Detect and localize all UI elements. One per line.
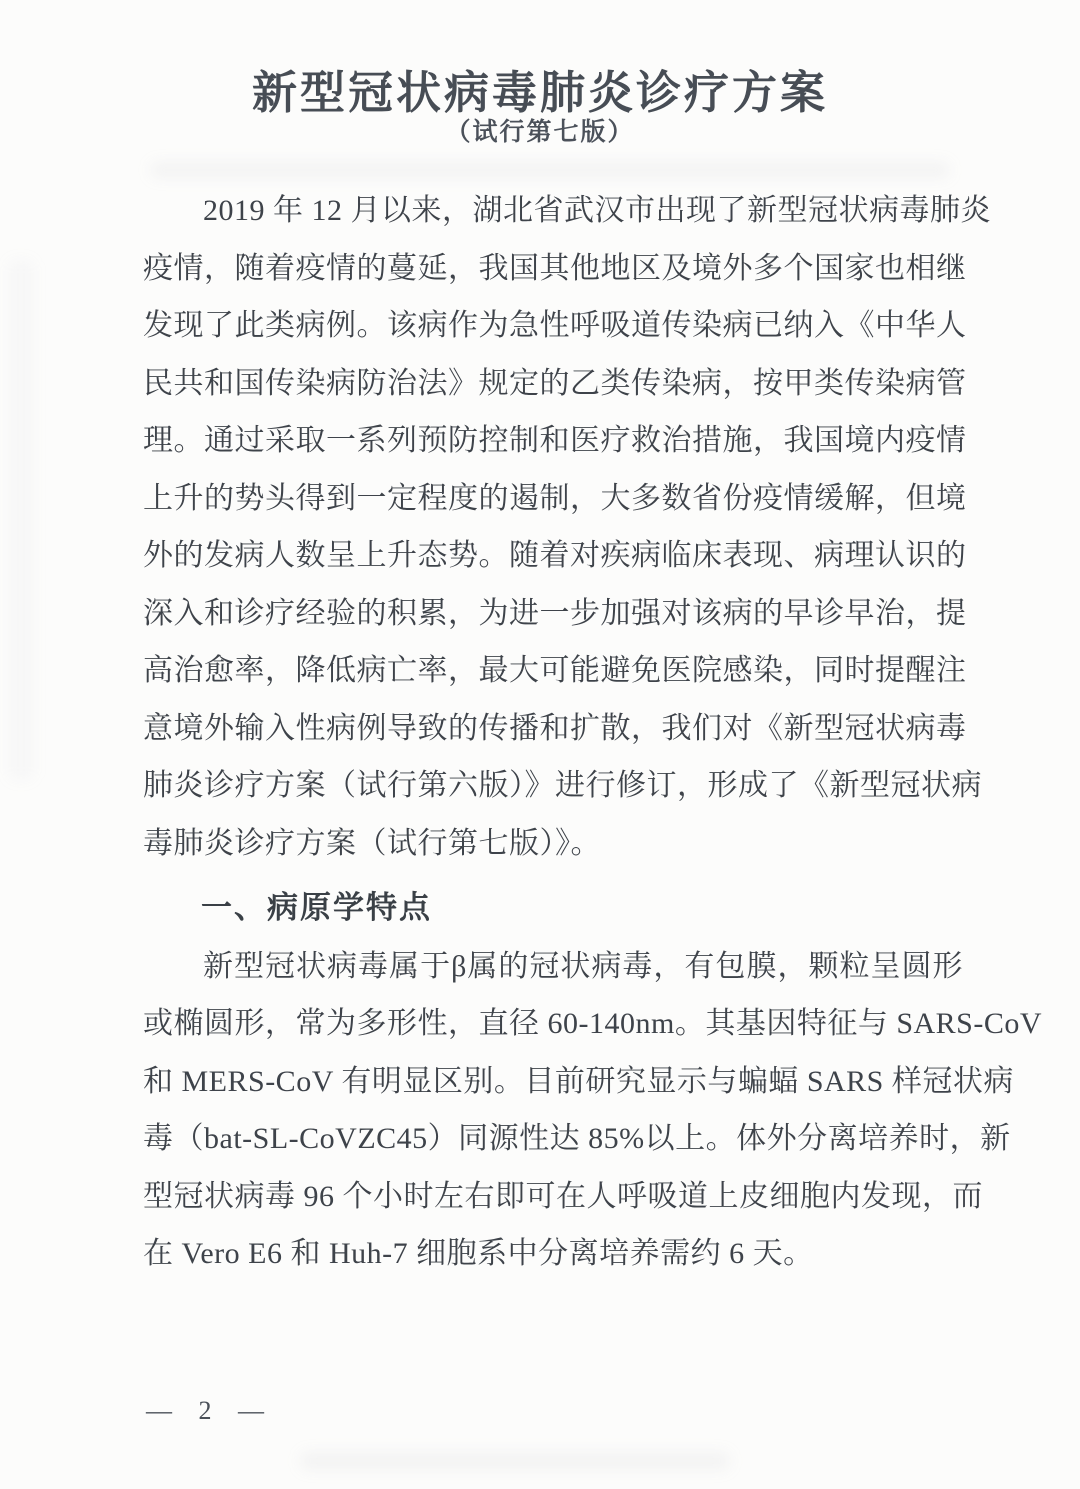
text-line: 意境外输入性病例导致的传播和扩散，我们对《新型冠状病毒 <box>143 700 963 758</box>
text-line: 疫情，随着疫情的蔓延，我国其他地区及境外多个国家也相继 <box>143 240 963 298</box>
text-line: 在 Vero E6 和 Huh-7 细胞系中分离培养需约 6 天。 <box>143 1225 963 1283</box>
scan-artifact <box>8 260 34 780</box>
section-heading: 一、病原学特点 <box>143 880 963 938</box>
document-page: 新型冠状病毒肺炎诊疗方案 （试行第七版） 2019 年 12 月以来，湖北省武汉… <box>0 0 1080 1489</box>
text-line: 理。通过采取一系列预防控制和医疗救治措施，我国境内疫情 <box>143 412 963 470</box>
intro-paragraph: 2019 年 12 月以来，湖北省武汉市出现了新型冠状病毒肺炎 疫情，随着疫情的… <box>143 182 963 872</box>
doc-subtitle: （试行第七版） <box>0 112 1080 148</box>
text-line: 毒肺炎诊疗方案（试行第七版）》。 <box>143 815 963 873</box>
text-line: 外的发病人数呈上升态势。随着对疾病临床表现、病理认识的 <box>143 527 963 585</box>
text-line: 2019 年 12 月以来，湖北省武汉市出现了新型冠状病毒肺炎 <box>143 182 963 240</box>
text-line: 型冠状病毒 96 个小时左右即可在人呼吸道上皮细胞内发现，而 <box>143 1168 963 1226</box>
text-line: 和 MERS-CoV 有明显区别。目前研究显示与蝙蝠 SARS 样冠状病 <box>143 1053 963 1111</box>
scan-artifact <box>300 1452 730 1470</box>
text-line: 上升的势头得到一定程度的遏制，大多数省份疫情缓解，但境 <box>143 470 963 528</box>
text-line: 肺炎诊疗方案（试行第六版）》进行修订，形成了《新型冠状病 <box>143 757 963 815</box>
text-line: 或椭圆形，常为多形性，直径 60-140nm。其基因特征与 SARS-CoV <box>143 995 963 1053</box>
text-line: 民共和国传染病防治法》规定的乙类传染病，按甲类传染病管 <box>143 355 963 413</box>
text-line: 新型冠状病毒属于β属的冠状病毒，有包膜，颗粒呈圆形 <box>143 938 963 996</box>
text-line: 发现了此类病例。该病作为急性呼吸道传染病已纳入《中华人 <box>143 297 963 355</box>
section-paragraph: 新型冠状病毒属于β属的冠状病毒，有包膜，颗粒呈圆形 或椭圆形，常为多形性，直径 … <box>143 938 963 1283</box>
document-body: 2019 年 12 月以来，湖北省武汉市出现了新型冠状病毒肺炎 疫情，随着疫情的… <box>143 182 963 1283</box>
text-line: 毒（bat-SL-CoVZC45）同源性达 85%以上。体外分离培养时，新 <box>143 1110 963 1168</box>
page-number: — 2 — <box>146 1396 274 1426</box>
text-line: 高治愈率，降低病亡率，最大可能避免医院感染，同时提醒注 <box>143 642 963 700</box>
text-line: 深入和诊疗经验的积累，为进一步加强对该病的早诊早治，提 <box>143 585 963 643</box>
scan-artifact <box>150 162 950 178</box>
